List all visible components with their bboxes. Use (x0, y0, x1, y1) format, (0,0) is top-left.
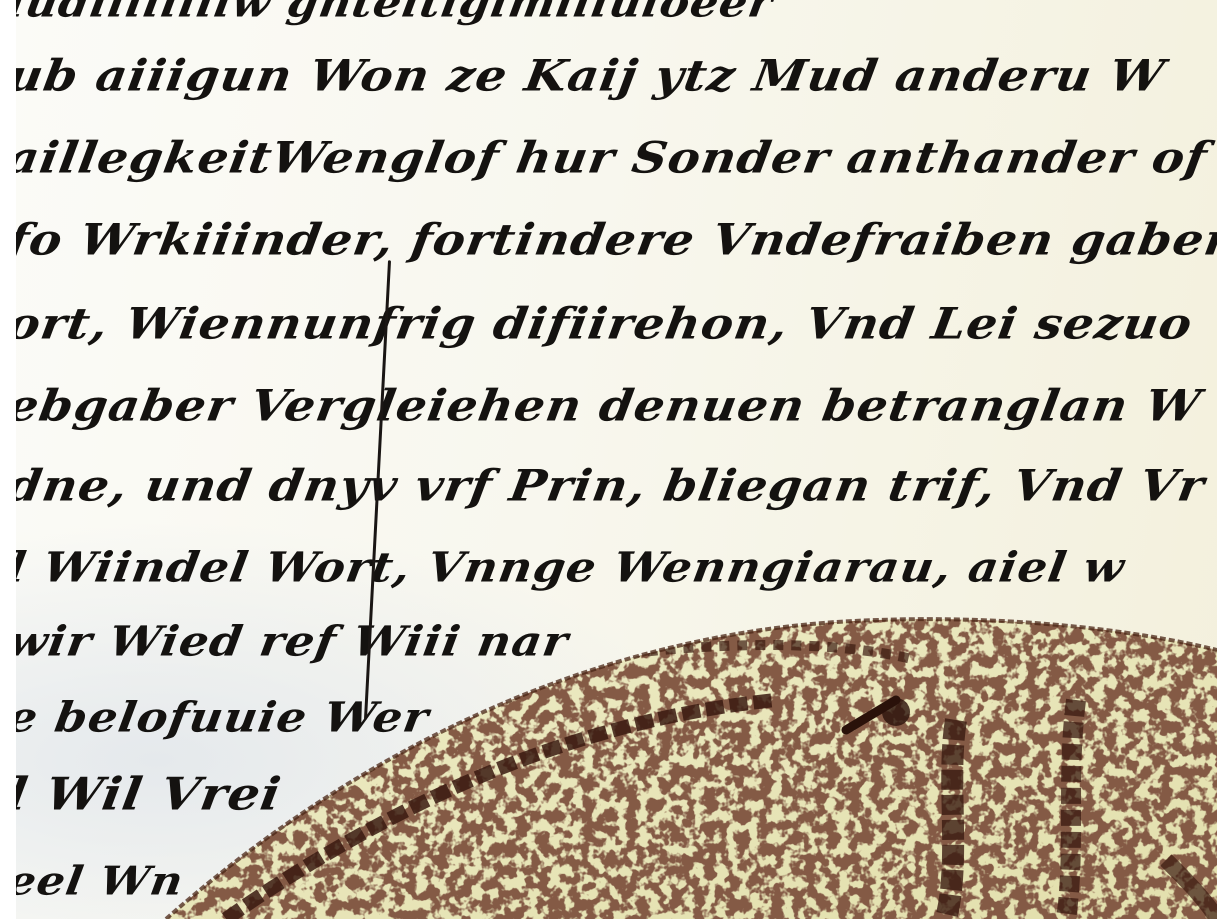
sepia-map-engraving (16, 0, 1217, 919)
manuscript-photo: iudiiiiiiiiw gnteitigimiiiuioeer ub aiii… (16, 0, 1217, 919)
map-svg (16, 0, 1217, 919)
